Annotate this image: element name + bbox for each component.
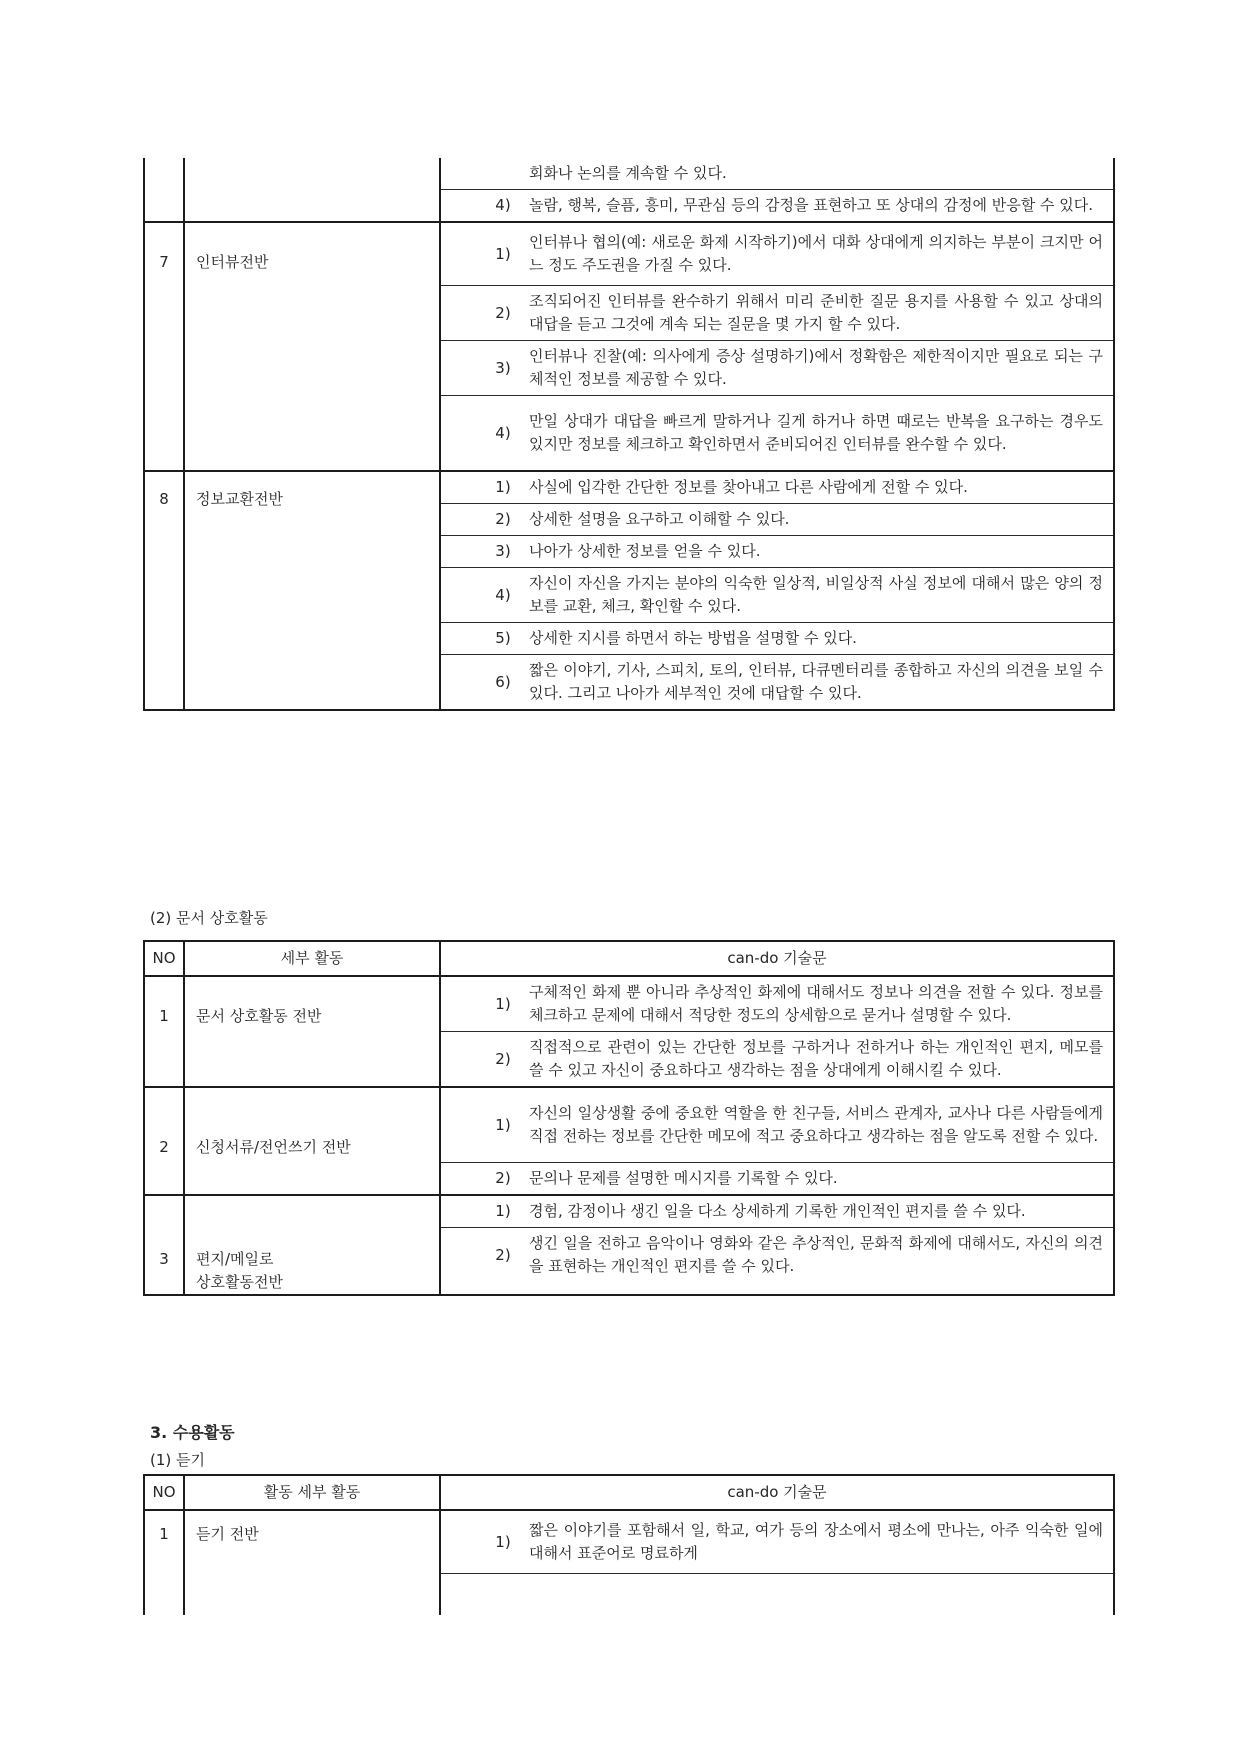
item-number: 1): [481, 1531, 525, 1554]
activity-label-cell: 인터뷰전반: [185, 223, 441, 470]
table-row: 1 문서 상호활동 전반 1) 구체적인 화제 뿐 아니라 추상적인 화제에 대…: [145, 977, 1113, 1086]
item-text: 자신이 자신을 가지는 분야의 익숙한 일상적, 비일상적 사실 정보에 대해서…: [525, 572, 1113, 618]
activity-label-cell: 편지/메일로 상호활동전반: [185, 1196, 441, 1294]
table-row: 2 신청서류/전언쓰기 전반 1) 자신의 일상생활 중에 중요한 역할을 한 …: [145, 1086, 1113, 1194]
cando-cell: 1) 짧은 이야기를 포함해서 일, 학교, 여가 등의 장소에서 평소에 만나…: [441, 1511, 1113, 1615]
cando-cell: 1) 사실에 입각한 간단한 정보를 찾아내고 다른 사람에게 전할 수 있다.…: [441, 472, 1113, 709]
item-text: 인터뷰나 협의(예: 새로운 화제 시작하기)에서 대화 상대에게 의지하는 부…: [525, 231, 1113, 277]
cando-item: 1) 사실에 입각한 간단한 정보를 찾아내고 다른 사람에게 전할 수 있다.: [441, 472, 1113, 503]
header-no: NO: [145, 942, 185, 975]
section-subtitle-listening: (1) 듣기: [150, 1449, 205, 1472]
activity-label-cell: [185, 158, 441, 221]
activity-label-cell: 듣기 전반: [185, 1511, 441, 1615]
table-header-row: NO 활동 세부 활동 can-do 기술문: [145, 1476, 1113, 1511]
cando-table-document: NO 세부 활동 can-do 기술문 1 문서 상호활동 전반 1) 구체적인…: [143, 940, 1115, 1296]
cando-table-listening: NO 활동 세부 활동 can-do 기술문 1 듣기 전반 1) 짧은 이야기…: [143, 1474, 1115, 1615]
row-number-cell: 1: [145, 977, 185, 1086]
item-number: 6): [481, 671, 525, 694]
row-number-cell: 2: [145, 1088, 185, 1194]
cando-item: 1) 인터뷰나 협의(예: 새로운 화제 시작하기)에서 대화 상대에게 의지하…: [441, 223, 1113, 285]
cando-item: 1) 경험, 감정이나 생긴 일을 다소 상세하게 기록한 개인적인 편지를 쓸…: [441, 1196, 1113, 1227]
item-number: 4): [481, 584, 525, 607]
activity-label: 편지/메일로 상호활동전반: [196, 1250, 283, 1291]
table-row-continuation: [441, 1573, 1113, 1615]
item-text: 놀람, 행복, 슬픔, 흥미, 무관심 등의 감정을 표현하고 또 상대의 감정…: [525, 194, 1113, 217]
row-number: 7: [159, 251, 169, 470]
item-number: 3): [481, 357, 525, 380]
header-cando: can-do 기술문: [441, 1481, 1113, 1504]
cando-cell: 1) 자신의 일상생활 중에 중요한 역할을 한 친구들, 서비스 관계자, 교…: [441, 1088, 1113, 1194]
item-text: 상세한 지시를 하면서 하는 방법을 설명할 수 있다.: [525, 627, 1113, 650]
item-number: 2): [481, 302, 525, 325]
item-text: 짧은 이야기를 포함해서 일, 학교, 여가 등의 장소에서 평소에 만나는, …: [525, 1519, 1113, 1565]
item-number: 5): [481, 627, 525, 650]
activity-label: 인터뷰전반: [196, 253, 268, 271]
cando-item: 2) 문의나 문제를 설명한 메시지를 기록할 수 있다.: [441, 1162, 1113, 1194]
header-activity: 세부 활동: [185, 942, 441, 975]
cando-item: 6) 짧은 이야기, 기사, 스피치, 토의, 인터뷰, 다큐멘터리를 종합하고…: [441, 654, 1113, 709]
document-page: 회화나 논의를 계속할 수 있다. 4) 놀람, 행복, 슬픔, 흥미, 무관심…: [0, 0, 1240, 1753]
cando-item: 1) 구체적인 화제 뿐 아니라 추상적인 화제에 대해서도 정보나 의견을 전…: [441, 977, 1113, 1031]
item-number: 2): [481, 1167, 525, 1190]
row-number-cell: 7: [145, 223, 185, 470]
cando-item: 5) 상세한 지시를 하면서 하는 방법을 설명할 수 있다.: [441, 622, 1113, 654]
cando-item: 3) 나아가 상세한 정보를 얻을 수 있다.: [441, 535, 1113, 567]
cando-cell: 1) 인터뷰나 협의(예: 새로운 화제 시작하기)에서 대화 상대에게 의지하…: [441, 223, 1113, 470]
item-text: 문의나 문제를 설명한 메시지를 기록할 수 있다.: [525, 1167, 1113, 1190]
table-row: 회화나 논의를 계속할 수 있다. 4) 놀람, 행복, 슬픔, 흥미, 무관심…: [145, 158, 1113, 221]
item-number: 4): [481, 422, 525, 445]
row-number-cell: 8: [145, 472, 185, 709]
cando-cell: 1) 경험, 감정이나 생긴 일을 다소 상세하게 기록한 개인적인 편지를 쓸…: [441, 1196, 1113, 1294]
table-row: 7 인터뷰전반 1) 인터뷰나 협의(예: 새로운 화제 시작하기)에서 대화 …: [145, 221, 1113, 470]
section-title-document-interaction: (2) 문서 상호활동: [150, 907, 268, 930]
item-text: 나아가 상세한 정보를 얻을 수 있다.: [525, 540, 1113, 563]
item-number: 3): [481, 540, 525, 563]
cando-item: 3) 인터뷰나 진찰(예: 의사에게 증상 설명하기)에서 정확함은 제한적이지…: [441, 340, 1113, 395]
item-text: 회화나 논의를 계속할 수 있다.: [525, 162, 1113, 185]
row-number: 3: [159, 1248, 169, 1294]
item-number: 1): [481, 993, 525, 1016]
item-number: 1): [481, 1114, 525, 1137]
item-number: 4): [481, 194, 525, 217]
activity-label-cell: 정보교환전반: [185, 472, 441, 709]
item-number: 2): [481, 1048, 525, 1071]
cando-item: 1) 자신의 일상생활 중에 중요한 역할을 한 친구들, 서비스 관계자, 교…: [441, 1088, 1113, 1162]
row-number: 1: [159, 1005, 169, 1086]
item-number: 1): [481, 476, 525, 499]
item-text: 직접적으로 관련이 있는 간단한 정보를 구하거나 전하거나 하는 개인적인 편…: [525, 1036, 1113, 1082]
row-number-cell: 1: [145, 1511, 185, 1615]
activity-label: 듣기 전반: [196, 1525, 259, 1543]
cando-item: 회화나 논의를 계속할 수 있다.: [441, 158, 1113, 189]
cando-cell: 회화나 논의를 계속할 수 있다. 4) 놀람, 행복, 슬픔, 흥미, 무관심…: [441, 158, 1113, 221]
header-cando: can-do 기술문: [441, 947, 1113, 970]
activity-label: 정보교환전반: [196, 490, 283, 508]
cando-item: 4) 만일 상대가 대답을 빠르게 말하거나 길게 하거나 하면 때로는 반복을…: [441, 395, 1113, 470]
table-header-row: NO 세부 활동 can-do 기술문: [145, 942, 1113, 977]
row-number: 1: [159, 1523, 169, 1615]
item-number: 1): [481, 1200, 525, 1223]
activity-label: 신청서류/전언쓰기 전반: [196, 1138, 351, 1156]
row-number: 2: [159, 1136, 169, 1194]
row-number-cell: 3: [145, 1196, 185, 1294]
item-text: 상세한 설명을 요구하고 이해할 수 있다.: [525, 508, 1113, 531]
table-row: 1 듣기 전반 1) 짧은 이야기를 포함해서 일, 학교, 여가 등의 장소에…: [145, 1511, 1113, 1615]
cando-cell: 1) 구체적인 화제 뿐 아니라 추상적인 화제에 대해서도 정보나 의견을 전…: [441, 977, 1113, 1086]
row-number-cell: [145, 158, 185, 221]
row-number: 8: [159, 488, 169, 709]
item-text: 경험, 감정이나 생긴 일을 다소 상세하게 기록한 개인적인 편지를 쓸 수 …: [525, 1200, 1113, 1223]
activity-label-cell: 문서 상호활동 전반: [185, 977, 441, 1086]
activity-label: 문서 상호활동 전반: [196, 1007, 321, 1025]
activity-label-cell: 신청서류/전언쓰기 전반: [185, 1088, 441, 1194]
item-text: 만일 상대가 대답을 빠르게 말하거나 길게 하거나 하면 때로는 반복을 요구…: [525, 410, 1113, 456]
item-text: 구체적인 화제 뿐 아니라 추상적인 화제에 대해서도 정보나 의견을 전할 수…: [525, 981, 1113, 1027]
item-number: 2): [481, 508, 525, 531]
table-row: 8 정보교환전반 1) 사실에 입각한 간단한 정보를 찾아내고 다른 사람에게…: [145, 470, 1113, 709]
item-text: 사실에 입각한 간단한 정보를 찾아내고 다른 사람에게 전할 수 있다.: [525, 476, 1113, 499]
item-number: 1): [481, 243, 525, 266]
item-number: 2): [481, 1244, 525, 1267]
header-no: NO: [145, 1476, 185, 1509]
item-text: 자신의 일상생활 중에 중요한 역할을 한 친구들, 서비스 관계자, 교사나 …: [525, 1102, 1113, 1148]
cando-item: 1) 짧은 이야기를 포함해서 일, 학교, 여가 등의 장소에서 평소에 만나…: [441, 1511, 1113, 1573]
cando-item: 2) 상세한 설명을 요구하고 이해할 수 있다.: [441, 503, 1113, 535]
cando-item: 2) 생긴 일을 전하고 음악이나 영화와 같은 추상적인, 문화적 화제에 대…: [441, 1227, 1113, 1282]
header-activity: 활동 세부 활동: [185, 1476, 441, 1509]
section-title-reception: 3. 수용활동: [150, 1421, 235, 1444]
cando-item: 4) 자신이 자신을 가지는 분야의 익숙한 일상적, 비일상적 사실 정보에 …: [441, 567, 1113, 622]
item-text: 인터뷰나 진찰(예: 의사에게 증상 설명하기)에서 정확함은 제한적이지만 필…: [525, 345, 1113, 391]
item-text: 생긴 일을 전하고 음악이나 영화와 같은 추상적인, 문화적 화제에 대해서도…: [525, 1232, 1113, 1278]
cando-item: 2) 직접적으로 관련이 있는 간단한 정보를 구하거나 전하거나 하는 개인적…: [441, 1031, 1113, 1086]
item-text: 짧은 이야기, 기사, 스피치, 토의, 인터뷰, 다큐멘터리를 종합하고 자신…: [525, 659, 1113, 705]
cando-item: 2) 조직되어진 인터뷰를 완수하기 위해서 미리 준비한 질문 용지를 사용할…: [441, 285, 1113, 340]
table-row: 3 편지/메일로 상호활동전반 1) 경험, 감정이나 생긴 일을 다소 상세하…: [145, 1194, 1113, 1294]
cando-item: 4) 놀람, 행복, 슬픔, 흥미, 무관심 등의 감정을 표현하고 또 상대의…: [441, 189, 1113, 221]
item-text: 조직되어진 인터뷰를 완수하기 위해서 미리 준비한 질문 용지를 사용할 수 …: [525, 290, 1113, 336]
cando-table-interaction: 회화나 논의를 계속할 수 있다. 4) 놀람, 행복, 슬픔, 흥미, 무관심…: [143, 158, 1115, 711]
